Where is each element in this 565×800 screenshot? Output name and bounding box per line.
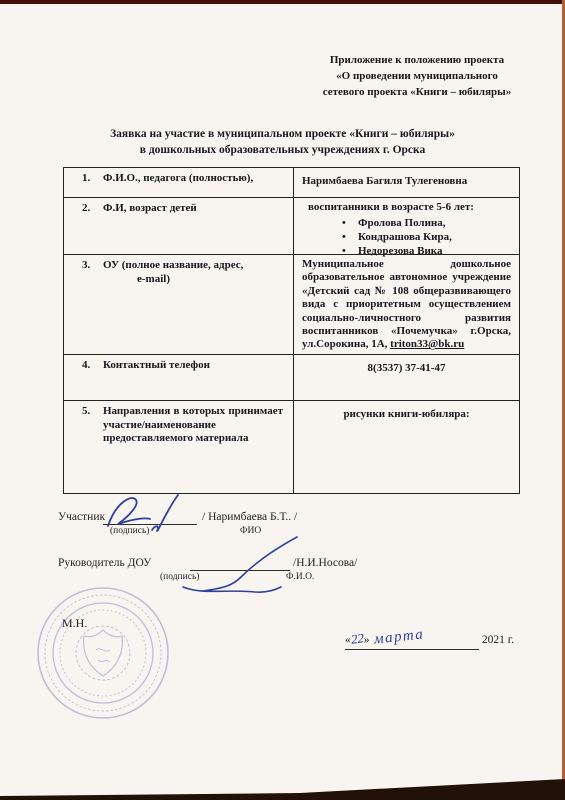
row-value-cell: 8(3537) 37-41-47 (293, 355, 519, 400)
row-label-line-2: e-mail) (137, 273, 243, 287)
row-label: Направления в которых принимает участие/… (103, 405, 283, 493)
head-label: Руководитель ДОУ (58, 557, 151, 569)
row-value-cell: воспитанники в возрасте 5-6 лет: •Фролов… (293, 198, 519, 254)
title-line-1: Заявка на участие в муниципальном проект… (0, 127, 565, 143)
participant-name: / Наримбаева Б.Т.. / (202, 511, 297, 523)
row-label: Ф.И.О., педагога (полностью), (103, 172, 253, 197)
row-label-line-1: ОУ (полное название, адрес, (103, 259, 243, 271)
scan-edge-top (0, 0, 565, 4)
document-header: Приложение к положению проекта «О провед… (291, 52, 543, 100)
row-label-cell: 4. Контактный телефон (64, 355, 293, 400)
handwritten-month: марта (373, 626, 425, 648)
stamp-place-label: М.Н. (62, 616, 87, 631)
table-row-children: 2. Ф.И, возраст детей воспитанники в воз… (64, 197, 519, 254)
email-address: triton33@bk.ru (390, 338, 464, 350)
date-underline: «22»марта (345, 631, 479, 650)
child-name: Кондрашова Кира, (358, 231, 452, 243)
title-line-2: в дошкольных образовательных учреждениях… (0, 143, 565, 159)
header-line-1: Приложение к положению проекта (291, 52, 543, 68)
table-row-directions: 5. Направления в которых принимает участ… (64, 400, 519, 493)
contact-phone: 8(3537) 37-41-47 (368, 362, 446, 374)
list-item: •Кондрашова Кира, (342, 230, 511, 244)
bullet-icon: • (342, 216, 358, 230)
row-number: 1. (82, 172, 103, 197)
date-row: «22»марта 2021 г. (345, 631, 514, 650)
material-type: рисунки книги-юбиляра: (343, 408, 469, 420)
scan-edge-bottom (0, 778, 565, 800)
row-label-cell: 5. Направления в которых принимает участ… (64, 401, 293, 493)
header-line-2: «О проведении муниципального (291, 68, 543, 84)
handwritten-day: 22 (350, 630, 365, 648)
row-label: Контактный телефон (103, 359, 210, 400)
teacher-name: Наримбаева Багиля Тулегеновна (302, 175, 467, 187)
children-age-intro: воспитанники в возрасте 5-6 лет: (308, 201, 511, 215)
row-value-cell: Муниципальное дошкольное образовательное… (293, 255, 519, 354)
row-label: ОУ (полное название, адрес, e-mail) (103, 259, 243, 354)
scanned-application-form: Приложение к положению проекта «О провед… (0, 0, 565, 800)
row-number: 2. (82, 202, 103, 254)
table-row-fio: 1. Ф.И.О., педагога (полностью), Наримба… (64, 168, 519, 197)
row-number: 5. (82, 405, 103, 493)
row-label: Ф.И, возраст детей (103, 202, 197, 254)
header-line-3: сетевого проекта «Книги – юбиляры» (291, 84, 543, 100)
row-label-cell: 3. ОУ (полное название, адрес, e-mail) (64, 255, 293, 354)
children-list: •Фролова Полина, •Кондрашова Кира, •Недо… (302, 216, 511, 258)
row-number: 3. (82, 259, 103, 354)
row-number: 4. (82, 359, 103, 400)
row-value-cell: Наримбаева Багиля Тулегеновна (293, 168, 519, 197)
head-signature-ink (175, 535, 310, 597)
row-label-cell: 2. Ф.И, возраст детей (64, 198, 293, 254)
institution-description: Муниципальное дошкольное образовательное… (302, 258, 511, 352)
institution-text: Муниципальное дошкольное образовательное… (302, 258, 511, 350)
participant-signature-ink (100, 490, 196, 534)
date-year: 2021 г. (482, 634, 514, 646)
child-name: Фролова Полина, (358, 217, 446, 229)
bullet-icon: • (342, 230, 358, 244)
application-table: 1. Ф.И.О., педагога (полностью), Наримба… (63, 167, 520, 494)
document-title: Заявка на участие в муниципальном проект… (0, 127, 565, 158)
row-label-cell: 1. Ф.И.О., педагога (полностью), (64, 168, 293, 197)
list-item: •Фролова Полина, (342, 216, 511, 230)
row-value-cell: рисунки книги-юбиляра: (293, 401, 519, 493)
table-row-institution: 3. ОУ (полное название, адрес, e-mail) М… (64, 254, 519, 354)
table-row-phone: 4. Контактный телефон 8(3537) 37-41-47 (64, 354, 519, 400)
round-stamp (28, 580, 178, 730)
participant-label: Участник (58, 511, 105, 523)
